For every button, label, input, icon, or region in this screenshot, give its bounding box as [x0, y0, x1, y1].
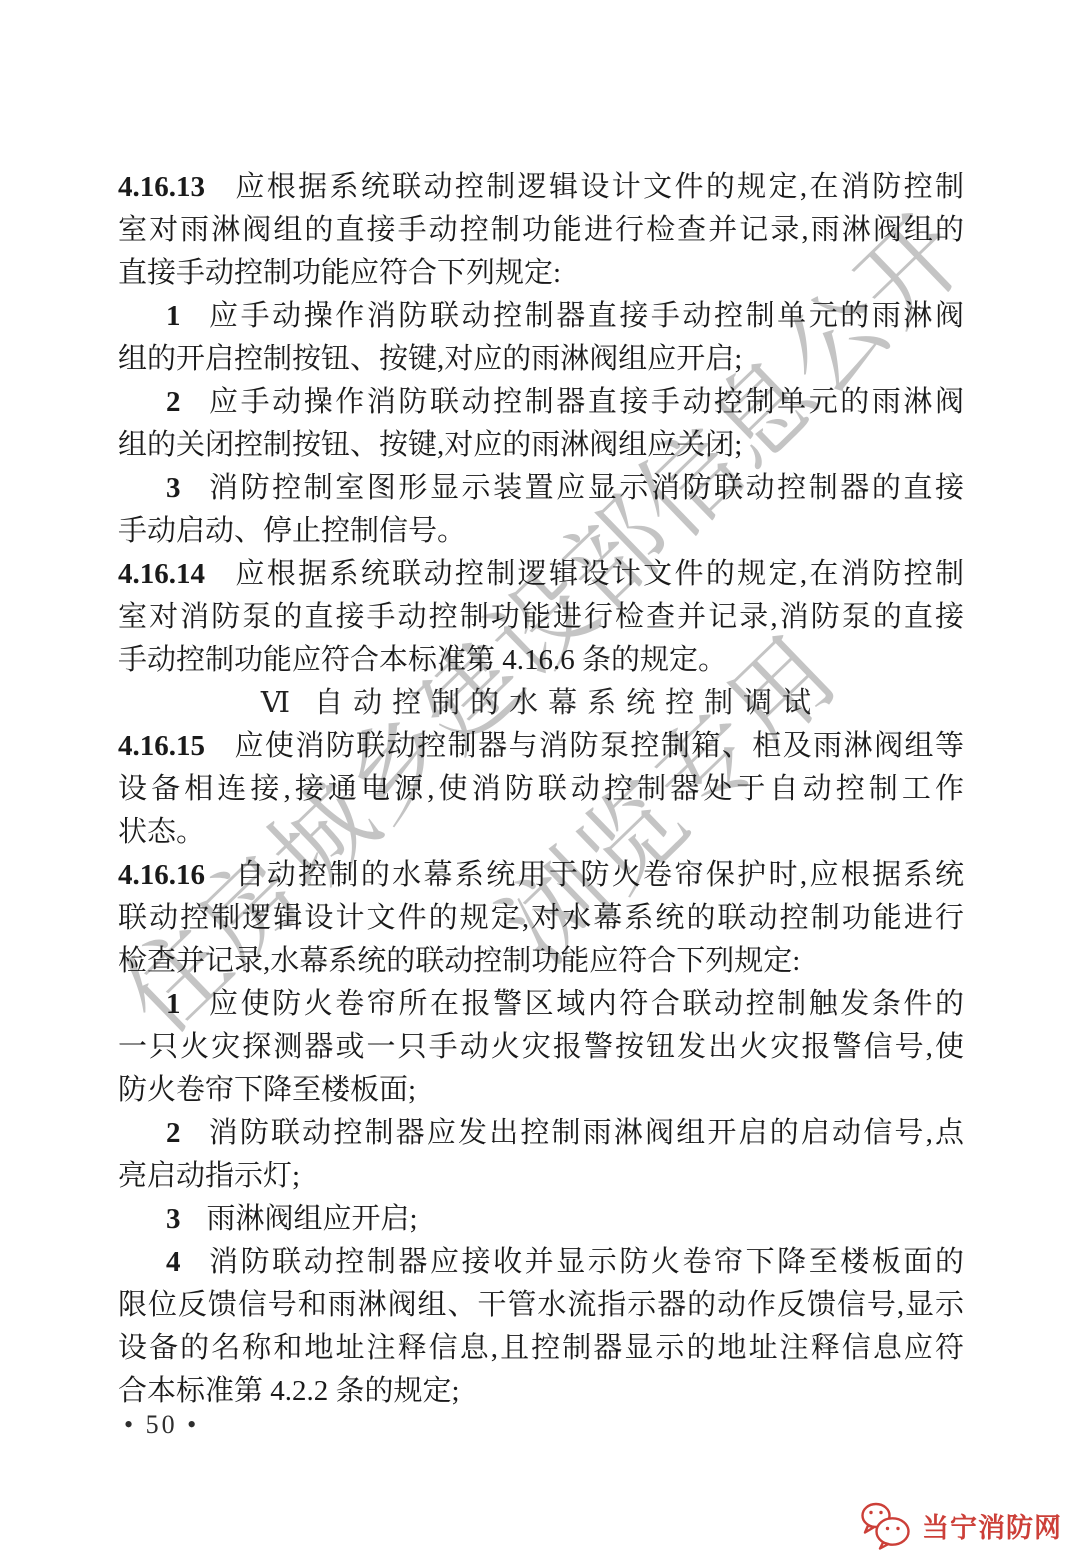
line-text: 雨淋阀组应开启; — [207, 1203, 418, 1235]
line-text: 消防控制室图形显示装置应显示消防联动控制器的直接 — [207, 472, 965, 504]
line-text: 自动控制的水幕系统用于防火卷帘保护时,应根据系统 — [233, 859, 964, 891]
line-text: 手动启动、停止控制信号。 — [118, 515, 466, 547]
clause-number: 3 — [166, 472, 181, 504]
line-text: 亮启动指示灯; — [118, 1160, 300, 1192]
page-number: • 50 • — [124, 1410, 199, 1440]
site-logo-text: 当宁消防网 — [922, 1506, 1062, 1545]
line-text: 消防联动控制器应接收并显示防火卷帘下降至楼板面的 — [207, 1246, 965, 1278]
line-text: 组的关闭控制按钮、按键,对应的雨淋阀组应关闭; — [118, 429, 742, 461]
clause-number: 1 — [166, 988, 181, 1020]
line-text: 联动控制逻辑设计文件的规定,对水幕系统的联动控制功能进行 — [118, 902, 964, 934]
line-text: 应使防火卷帘所在报警区域内符合联动控制触发条件的 — [207, 988, 965, 1020]
text-line: 1应手动操作消防联动控制器直接手动控制单元的雨淋阀 — [118, 295, 964, 338]
line-text: 合本标准第 4.2.2 条的规定; — [118, 1375, 460, 1407]
line-text: 检查并记录,水幕系统的联动控制功能应符合下列规定: — [118, 945, 800, 977]
line-text: 室对消防泵的直接手动控制功能进行检查并记录,消防泵的直接 — [118, 601, 964, 633]
document-lines: 4.16.13应根据系统联动控制逻辑设计文件的规定,在消防控制室对雨淋阀组的直接… — [118, 166, 964, 1413]
line-text: 限位反馈信号和雨淋阀组、干管水流指示器的动作反馈信号,显示 — [118, 1289, 964, 1321]
text-line: 设备的名称和地址注释信息,且控制器显示的地址注释信息应符 — [118, 1327, 964, 1370]
line-text: 直接手动控制功能应符合下列规定: — [118, 257, 561, 289]
text-line: 检查并记录,水幕系统的联动控制功能应符合下列规定: — [118, 940, 964, 983]
clause-number: 4.16.16 — [118, 859, 205, 891]
text-line: 4消防联动控制器应接收并显示防火卷帘下降至楼板面的 — [118, 1241, 964, 1284]
clause-number: 4.16.13 — [118, 171, 205, 203]
clause-number: 2 — [166, 386, 181, 418]
line-text: 防火卷帘下降至楼板面; — [118, 1074, 416, 1106]
site-logo: 当宁消防网 — [858, 1500, 1062, 1550]
line-text: 设备相连接,接通电源,使消防联动控制器处于自动控制工作 — [118, 773, 964, 805]
text-line: 限位反馈信号和雨淋阀组、干管水流指示器的动作反馈信号,显示 — [118, 1284, 964, 1327]
line-text: 组的开启控制按钮、按键,对应的雨淋阀组应开启; — [118, 343, 742, 375]
line-text: 应根据系统联动控制逻辑设计文件的规定,在消防控制 — [233, 171, 964, 203]
text-line: 2消防联动控制器应发出控制雨淋阀组开启的启动信号,点 — [118, 1112, 964, 1155]
text-line: 3消防控制室图形显示装置应显示消防联动控制器的直接 — [118, 467, 964, 510]
clause-number: 4.16.14 — [118, 558, 205, 590]
text-line: 1应使防火卷帘所在报警区域内符合联动控制触发条件的 — [118, 983, 964, 1026]
text-line: 室对消防泵的直接手动控制功能进行检查并记录,消防泵的直接 — [118, 596, 964, 639]
text-line: 组的关闭控制按钮、按键,对应的雨淋阀组应关闭; — [118, 424, 964, 467]
text-line: 状态。 — [118, 811, 964, 854]
clause-number: 2 — [166, 1117, 181, 1149]
text-line: 合本标准第 4.2.2 条的规定; — [118, 1370, 964, 1413]
clause-number: 1 — [166, 300, 181, 332]
text-line: 手动控制功能应符合本标准第 4.16.6 条的规定。 — [118, 639, 964, 682]
line-text: 消防联动控制器应发出控制雨淋阀组开启的启动信号,点 — [207, 1117, 965, 1149]
heading-numeral: Ⅵ — [261, 687, 290, 719]
line-text: 自动控制的水幕系统控制调试 — [314, 687, 821, 719]
line-text: 室对雨淋阀组的直接手动控制功能进行检查并记录,雨淋阀组的 — [118, 214, 964, 246]
line-text: 一只火灾探测器或一只手动火灾报警按钮发出火灾报警信号,使 — [118, 1031, 964, 1063]
line-text: 应手动操作消防联动控制器直接手动控制单元的雨淋阀 — [207, 300, 965, 332]
document-page: 住房城乡建设部信息公开 浏览专用 4.16.13应根据系统联动控制逻辑设计文件的… — [0, 0, 1080, 1566]
text-line: 组的开启控制按钮、按键,对应的雨淋阀组应开启; — [118, 338, 964, 381]
section-heading: Ⅵ自动控制的水幕系统控制调试 — [118, 682, 964, 725]
text-line: 联动控制逻辑设计文件的规定,对水幕系统的联动控制功能进行 — [118, 897, 964, 940]
text-line: 设备相连接,接通电源,使消防联动控制器处于自动控制工作 — [118, 768, 964, 811]
text-line: 防火卷帘下降至楼板面; — [118, 1069, 964, 1112]
text-line: 4.16.13应根据系统联动控制逻辑设计文件的规定,在消防控制 — [118, 166, 964, 209]
line-text: 应手动操作消防联动控制器直接手动控制单元的雨淋阀 — [207, 386, 965, 418]
line-text: 应根据系统联动控制逻辑设计文件的规定,在消防控制 — [233, 558, 964, 590]
text-line: 3雨淋阀组应开启; — [118, 1198, 964, 1241]
clause-number: 4 — [166, 1246, 181, 1278]
line-text: 手动控制功能应符合本标准第 4.16.6 条的规定。 — [118, 644, 727, 676]
text-line: 手动启动、停止控制信号。 — [118, 510, 964, 553]
line-text: 设备的名称和地址注释信息,且控制器显示的地址注释信息应符 — [118, 1332, 964, 1364]
text-line: 直接手动控制功能应符合下列规定: — [118, 252, 964, 295]
wechat-bubbles-icon — [858, 1500, 912, 1550]
text-line: 4.16.15应使消防联动控制器与消防泵控制箱、柜及雨淋阀组等 — [118, 725, 964, 768]
text-line: 一只火灾探测器或一只手动火灾报警按钮发出火灾报警信号,使 — [118, 1026, 964, 1069]
line-text: 状态。 — [118, 816, 205, 848]
text-line: 2应手动操作消防联动控制器直接手动控制单元的雨淋阀 — [118, 381, 964, 424]
clause-number: 3 — [166, 1203, 181, 1235]
text-line: 4.16.14应根据系统联动控制逻辑设计文件的规定,在消防控制 — [118, 553, 964, 596]
clause-number: 4.16.15 — [118, 730, 205, 762]
text-line: 4.16.16自动控制的水幕系统用于防火卷帘保护时,应根据系统 — [118, 854, 964, 897]
text-line: 室对雨淋阀组的直接手动控制功能进行检查并记录,雨淋阀组的 — [118, 209, 964, 252]
text-line: 亮启动指示灯; — [118, 1155, 964, 1198]
line-text: 应使消防联动控制器与消防泵控制箱、柜及雨淋阀组等 — [233, 730, 964, 762]
